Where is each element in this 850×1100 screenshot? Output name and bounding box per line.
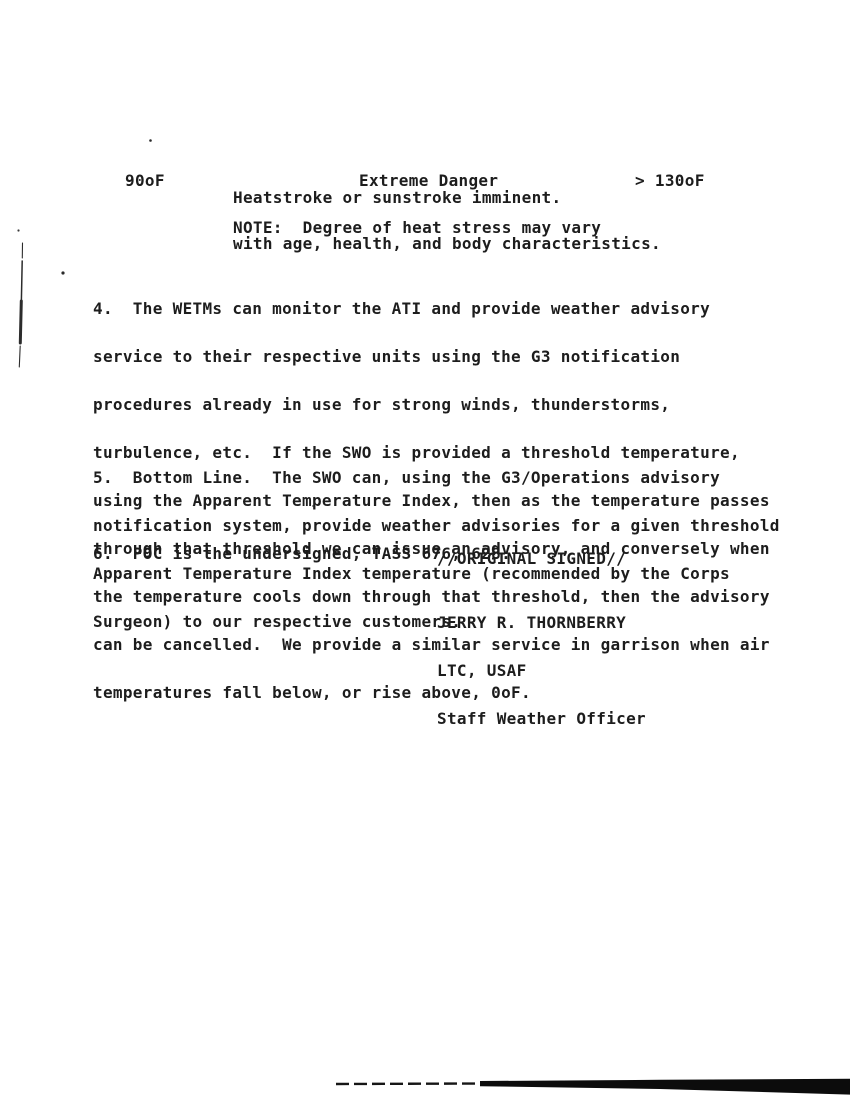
signature-title: Staff Weather Officer	[437, 711, 646, 727]
scan-bottom-wedge	[480, 1079, 850, 1095]
scan-margin-line	[19, 243, 22, 367]
paragraph-5-line: 5. Bottom Line. The SWO can, using the G…	[93, 470, 780, 486]
heat-temp-high: > 130oF	[635, 173, 705, 189]
scan-bottom-dash	[336, 1084, 482, 1085]
signature-name: JERRY R. THORNBERRY	[437, 615, 646, 631]
paragraph-4-line: procedures already in use for strong win…	[93, 397, 770, 413]
paragraph-4-line: temperatures fall below, or rise above, …	[93, 685, 770, 701]
heat-category: Extreme Danger	[359, 173, 498, 189]
paragraph-4-line: service to their respective units using …	[93, 349, 770, 365]
heat-description: Heatstroke or sunstroke imminent.	[233, 190, 561, 206]
heat-temp-low: 90oF	[125, 173, 165, 189]
scan-dot-top	[149, 139, 152, 142]
scan-dot-margin-top	[17, 229, 19, 231]
signature-rank: LTC, USAF	[437, 663, 646, 679]
scanned-memo-page: 90oF Extreme Danger > 130oF Heatstroke o…	[0, 0, 850, 1100]
heat-note-line-2: with age, health, and body characteristi…	[233, 236, 661, 252]
signature-block: JERRY R. THORNBERRY LTC, USAF Staff Weat…	[437, 583, 646, 759]
paragraph-4-line: 4. The WETMs can monitor the ATI and pro…	[93, 301, 770, 317]
scan-dot-para4	[61, 271, 64, 274]
original-signed-marker: //ORIGINAL SIGNED//	[437, 551, 626, 567]
